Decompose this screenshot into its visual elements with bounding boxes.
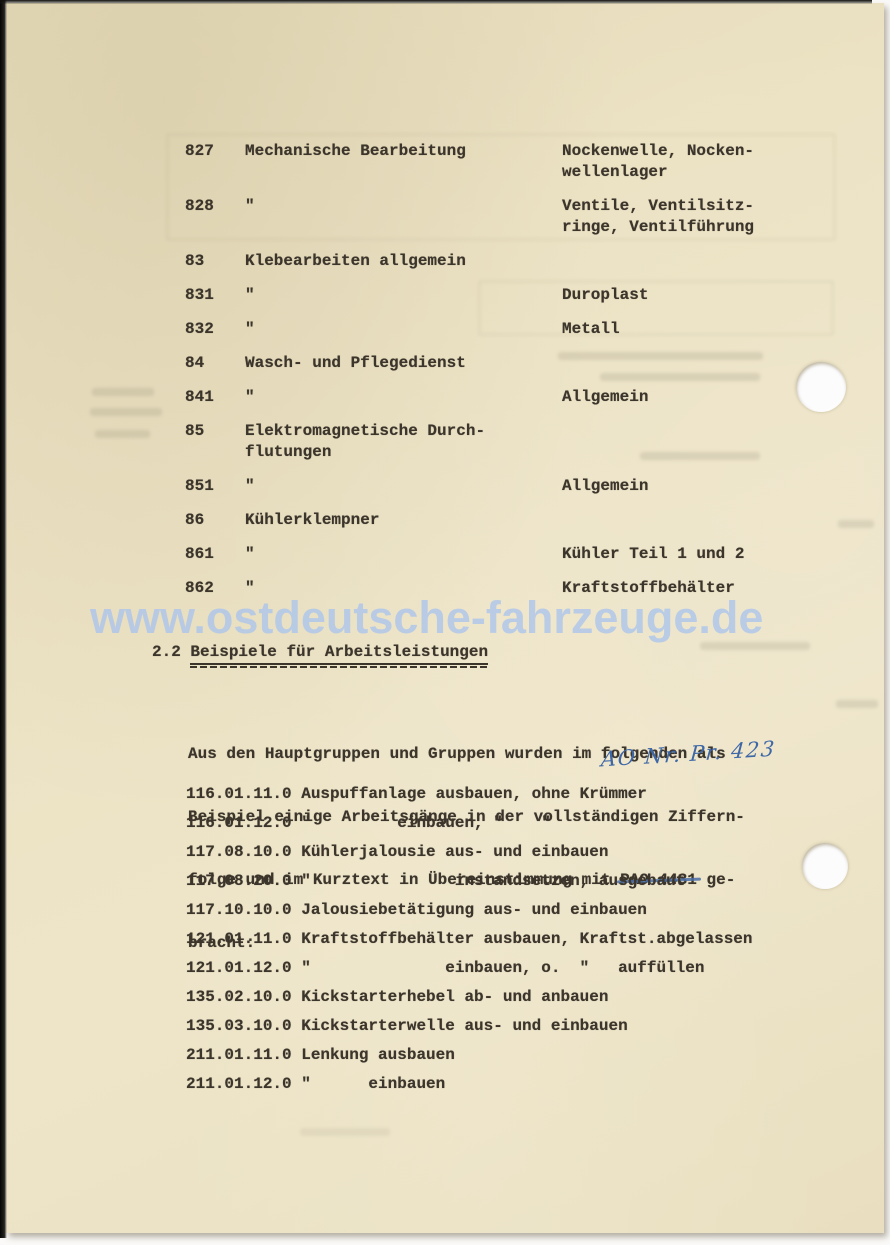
list-item: 117.10.10.0 Jalousiebetätigung aus- und … — [186, 900, 753, 921]
work-code: 861 — [185, 544, 245, 565]
list-item: 116.01.11.0 Auspuffanlage ausbauen, ohne… — [186, 784, 753, 805]
list-item: 116.01.12.0 " einbauen, " " — [186, 813, 753, 834]
work-description: " — [245, 544, 562, 565]
table-row: 83 Klebearbeiten allgemein — [185, 251, 845, 272]
work-code: 85 — [185, 421, 245, 463]
work-description: Kühlerklempner — [245, 510, 562, 531]
list-item: 135.03.10.0 Kickstarterwelle aus- und ei… — [186, 1016, 753, 1037]
work-code: 831 — [185, 285, 245, 306]
bleed-through-artifact — [300, 1128, 390, 1136]
work-code: 851 — [185, 476, 245, 497]
work-code: 832 — [185, 319, 245, 340]
table-row: 86 Kühlerklempner — [185, 510, 845, 531]
work-detail — [562, 251, 845, 272]
table-row: 84 Wasch- und Pflegedienst — [185, 353, 845, 374]
section-number: 2.2 — [152, 643, 181, 661]
list-item: 121.01.12.0 " einbauen, o. " auffüllen — [186, 958, 753, 979]
work-detail — [562, 510, 845, 531]
bleed-through-artifact — [700, 642, 810, 650]
work-detail: Nockenwelle, Nocken- wellenlager — [562, 141, 845, 183]
list-item: 211.01.12.0 " einbauen — [186, 1074, 753, 1095]
table-row: 841 " Allgemein — [185, 387, 845, 408]
table-row: 861 " Kühler Teil 1 und 2 — [185, 544, 845, 565]
watermark: www.ostdeutsche-fahrzeuge.de — [90, 594, 763, 642]
section-heading: 2.2 Beispiele für Arbeitsleistungen — [152, 642, 488, 663]
scan-edge-top — [0, 0, 872, 4]
work-examples-list: 116.01.11.0 Auspuffanlage ausbauen, ohne… — [186, 784, 753, 1103]
work-detail: Duroplast — [562, 285, 845, 306]
table-row: 827 Mechanische Bearbeitung Nockenwelle,… — [185, 141, 845, 183]
work-description: Elektromagnetische Durch- flutungen — [245, 421, 562, 463]
list-item: 121.01.11.0 Kraftstoffbehälter ausbauen,… — [186, 929, 753, 950]
bleed-through-artifact — [92, 388, 154, 396]
table-row: 85 Elektromagnetische Durch- flutungen — [185, 421, 845, 463]
table-row: 831 " Duroplast — [185, 285, 845, 306]
section-title: Beispiele für Arbeitsleistungen — [190, 643, 488, 665]
list-item: 117.08.10.0 Kühlerjalousie aus- und einb… — [186, 842, 753, 863]
work-detail: Allgemein — [562, 476, 845, 497]
work-code: 84 — [185, 353, 245, 374]
work-code-table: 827 Mechanische Bearbeitung Nockenwelle,… — [185, 141, 845, 612]
work-description: Mechanische Bearbeitung — [245, 141, 562, 183]
list-item: 135.02.10.0 Kickstarterhebel ab- und anb… — [186, 987, 753, 1008]
scanned-document-page: 827 Mechanische Bearbeitung Nockenwelle,… — [0, 0, 890, 1245]
bleed-through-artifact — [836, 700, 878, 708]
work-code: 827 — [185, 141, 245, 183]
work-code: 828 — [185, 196, 245, 238]
work-description: " — [245, 476, 562, 497]
list-item: 117.08.20.0 " instandsetzen, ausgebaut — [186, 871, 753, 892]
work-description: Wasch- und Pflegedienst — [245, 353, 562, 374]
bleed-through-artifact — [95, 430, 150, 438]
work-detail: Ventile, Ventilsitz- ringe, Ventilführun… — [562, 196, 845, 238]
table-row: 828 " Ventile, Ventilsitz- ringe, Ventil… — [185, 196, 845, 238]
work-detail: Kühler Teil 1 und 2 — [562, 544, 845, 565]
hole-punch-bottom — [802, 843, 848, 889]
work-detail: Metall — [562, 319, 845, 340]
work-detail — [562, 421, 845, 463]
list-item: 211.01.11.0 Lenkung ausbauen — [186, 1045, 753, 1066]
table-row: 832 " Metall — [185, 319, 845, 340]
table-row: 851 " Allgemein — [185, 476, 845, 497]
scan-edge-left — [0, 0, 7, 1238]
work-description: " — [245, 196, 562, 238]
work-description: " — [245, 319, 562, 340]
work-code: 83 — [185, 251, 245, 272]
work-description: Klebearbeiten allgemein — [245, 251, 562, 272]
bleed-through-artifact — [90, 408, 162, 416]
work-description: " — [245, 285, 562, 306]
work-code: 841 — [185, 387, 245, 408]
work-code: 86 — [185, 510, 245, 531]
work-description: " — [245, 387, 562, 408]
hole-punch-top — [796, 362, 846, 412]
